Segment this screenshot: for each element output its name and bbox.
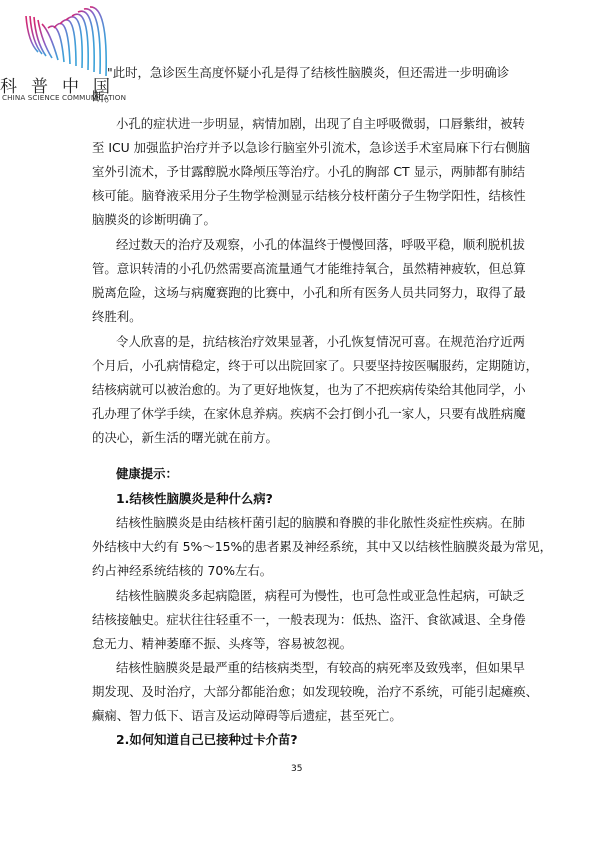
text-line: 结核接触史。症状往往轻重不一，一般表现为：低热、盗汗、食欲减退、全身倦 xyxy=(92,612,526,628)
text-line: 结核性脑膜炎多起病隐匿，病程可为慢性，也可急性或亚急性起病，可缺乏 xyxy=(116,588,525,604)
text-line: 期发现、及时治疗，大部分都能治愈；如发现较晚，治疗不系统，可能引起瘫痪、 xyxy=(92,684,538,700)
text-line: 约占神经系统结核的 70%左右。 xyxy=(92,563,272,579)
page-number: 35 xyxy=(291,764,302,774)
text-line: 令人欣喜的是，抗结核治疗效果显著，小孔恢复情况可喜。在规范治疗近两 xyxy=(116,334,525,350)
text-line: 癫痫、智力低下、语言及运动障碍等后遗症，甚至死亡。 xyxy=(92,708,402,724)
text-line: 室外引流术，予甘露醇脱水降颅压等治疗。小孔的胸部 CT 显示，两肺都有肺结 xyxy=(92,164,525,180)
heading-line: 健康提示： xyxy=(116,466,178,482)
text-line: 断。 xyxy=(92,89,117,105)
text-line: 个月后，小孔病情稳定，终于可以出院回家了。只要坚持按医嘱服药，定期随访， xyxy=(92,358,538,374)
text-line: "此时，急诊医生高度怀疑小孔是得了结核性脑膜炎，但还需进一步明确诊 xyxy=(107,65,509,81)
text-line: 外结核中大约有 5%～15%的患者累及神经系统，其中又以结核性脑膜炎最为常见， xyxy=(92,539,552,555)
text-line: 结核性脑膜炎是最严重的结核病类型，有较高的病死率及致残率，但如果早 xyxy=(116,660,525,676)
text-line: 核可能。脑脊液采用分子生物学检测显示结核分枝杆菌分子生物学阳性，结核性 xyxy=(92,188,526,204)
text-line: 小孔的症状进一步明显，病情加剧，出现了自主呼吸微弱，口唇紫绀，被转 xyxy=(116,116,525,132)
text-line: 终胜利。 xyxy=(92,309,142,325)
heading-line: 1.结核性脑膜炎是种什么病? xyxy=(116,491,273,507)
heading-line: 2.如何知道自己已接种过卡介苗? xyxy=(116,732,298,748)
text-line: 脱离危险，这场与病魔赛跑的比赛中，小孔和所有医务人员共同努力，取得了最 xyxy=(92,285,526,301)
text-line: 经过数天的治疗及观察，小孔的体温终于慢慢回落，呼吸平稳，顺利脱机拔 xyxy=(116,237,525,253)
text-line: 结核性脑膜炎是由结核杆菌引起的脑膜和脊膜的非化脓性炎症性疾病。在肺 xyxy=(116,515,525,531)
text-line: 至 ICU 加强监护治疗并予以急诊行脑室外引流术，急诊送手术室局麻下行右侧脑 xyxy=(92,140,530,156)
text-line: 脑膜炎的诊断明确了。 xyxy=(92,212,216,228)
text-line: 管。意识转清的小孔仍然需要高流量通气才能维持氧合，虽然精神疲软，但总算 xyxy=(92,261,526,277)
text-line: 孔办理了休学手续，在家休息养病。疾病不会打倒小孔一家人，只要有战胜病魔 xyxy=(92,406,526,422)
text-line: 的决心，新生活的曙光就在前方。 xyxy=(92,430,278,446)
text-line: 怠无力、精神萎靡不振、头疼等，容易被忽视。 xyxy=(92,636,352,652)
text-line: 结核病就可以被治愈的。为了更好地恢复，也为了不把疾病传染给其他同学，小 xyxy=(92,382,526,398)
